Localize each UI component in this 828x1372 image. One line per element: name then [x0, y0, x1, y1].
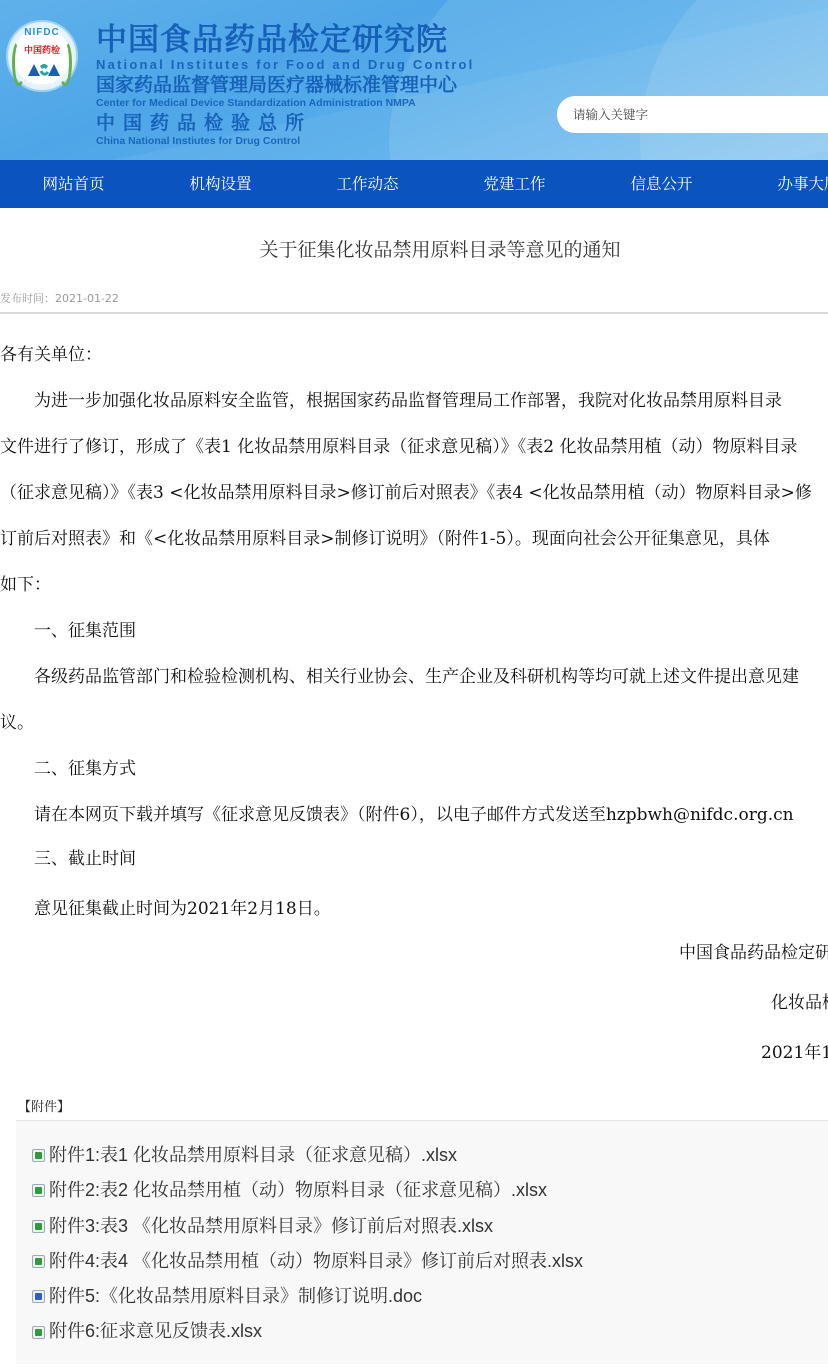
excel-file-icon: [32, 1149, 45, 1162]
site-subtitle-en: Center for Medical Device Standardizatio…: [96, 97, 474, 109]
site-title-en: National Institutes for Food and Drug Co…: [96, 58, 474, 72]
body-line: （征求意见稿）》《表3 <化妆品禁用原料目录>修订前后对照表》《表4 <化妆品禁…: [0, 470, 828, 516]
scale-icon: [26, 60, 62, 78]
section-heading: 一、征集范围: [0, 608, 828, 654]
nav-item-service-hall[interactable]: 办事大厅: [735, 160, 828, 208]
nav-item-organization[interactable]: 机构设置: [147, 160, 294, 208]
body-line: 意见征集截止时间为2021年2月18日。: [0, 886, 828, 932]
excel-file-icon: [32, 1326, 45, 1339]
body-line: 各级药品监管部门和检验检测机构、相关行业协会、生产企业及科研机构等均可就上述文件…: [0, 654, 828, 700]
salutation: 各有关单位：: [0, 332, 828, 378]
excel-file-icon: [32, 1255, 45, 1268]
main-nav: 网站首页 机构设置 工作动态 党建工作 信息公开 办事大厅: [0, 160, 828, 208]
body-line: 请在本网页下载并填写《征求意见反馈表》（附件6），以电子邮件方式发送至hzpbw…: [0, 792, 828, 836]
site-third-en: China National Instiutes for Drug Contro…: [96, 135, 474, 147]
nav-item-work-news[interactable]: 工作动态: [294, 160, 441, 208]
site-title-block: 中国食品药品检定研究院 National Institutes for Food…: [96, 22, 474, 147]
attachment-link[interactable]: 附件4:表4 《化妆品禁用植（动）物原料目录》修订前后对照表.xlsx: [32, 1244, 583, 1279]
search-input[interactable]: [573, 107, 828, 122]
attachment-link[interactable]: 附件1:表1 化妆品禁用原料目录（征求意见稿）.xlsx: [32, 1138, 583, 1173]
body-line: 如下：: [0, 562, 828, 608]
body-line: 订前后对照表》和《<化妆品禁用原料目录>制修订说明》（附件1-5）。现面向社会公…: [0, 516, 828, 562]
body-line: 为进一步加强化妆品原料安全监管，根据国家药品监督管理局工作部署，我院对化妆品禁用…: [0, 378, 828, 424]
body-line: 文件进行了修订，形成了《表1 化妆品禁用原料目录（征求意见稿）》《表2 化妆品禁…: [0, 424, 828, 470]
search-box[interactable]: [557, 96, 828, 133]
site-subtitle-cn: 国家药品监督管理局医疗器械标准管理中心: [96, 73, 474, 97]
attachment-link[interactable]: 附件2:表2 化妆品禁用植（动）物原料目录（征求意见稿）.xlsx: [32, 1173, 583, 1208]
attachment-name[interactable]: 附件3:表3 《化妆品禁用原料目录》修订前后对照表.xlsx: [49, 1209, 493, 1244]
attachments-list: 附件1:表1 化妆品禁用原料目录（征求意见稿）.xlsx 附件2:表2 化妆品禁…: [32, 1138, 583, 1350]
header-banner: NIFDC 中国药检 中国食品药品检定研究院 National Institut…: [0, 0, 828, 160]
attachment-link[interactable]: 附件3:表3 《化妆品禁用原料目录》修订前后对照表.xlsx: [32, 1209, 583, 1244]
nav-item-home[interactable]: 网站首页: [0, 160, 147, 208]
excel-file-icon: [32, 1220, 45, 1233]
excel-file-icon: [32, 1184, 45, 1197]
attachment-name[interactable]: 附件1:表1 化妆品禁用原料目录（征求意见稿）.xlsx: [49, 1138, 457, 1173]
word-file-icon: [32, 1290, 45, 1303]
nav-item-party-building[interactable]: 党建工作: [441, 160, 588, 208]
logo-cn-text: 中国药检: [8, 43, 76, 56]
nav-item-info-disclosure[interactable]: 信息公开: [588, 160, 735, 208]
signature-org: 中国食品药品检定研究院: [679, 938, 828, 963]
attachment-link[interactable]: 附件6:征求意见反馈表.xlsx: [32, 1314, 583, 1349]
article-title: 关于征集化妆品禁用原料目录等意见的通知: [0, 236, 828, 264]
logo-top-text: NIFDC: [8, 27, 76, 38]
attachment-name[interactable]: 附件4:表4 《化妆品禁用植（动）物原料目录》修订前后对照表.xlsx: [49, 1244, 583, 1279]
attachment-link[interactable]: 附件5:《化妆品禁用原料目录》制修订说明.doc: [32, 1279, 583, 1314]
divider: [0, 312, 828, 314]
section-heading: 三、截止时间: [0, 836, 828, 886]
signature-date: 2021年1月22日: [761, 1038, 828, 1063]
nifdc-logo[interactable]: NIFDC 中国药检: [6, 20, 78, 92]
site-title-cn: 中国食品药品检定研究院: [96, 22, 474, 58]
site-third-cn: 中国药品检验总所: [96, 111, 474, 135]
attachment-name[interactable]: 附件6:征求意见反馈表.xlsx: [49, 1314, 262, 1349]
attachment-name[interactable]: 附件2:表2 化妆品禁用植（动）物原料目录（征求意见稿）.xlsx: [49, 1173, 547, 1208]
publish-date: 发布时间：2021-01-22: [0, 290, 119, 306]
attachment-name[interactable]: 附件5:《化妆品禁用原料目录》制修订说明.doc: [49, 1279, 422, 1314]
signature-dept: 化妆品检定所: [771, 988, 828, 1013]
body-line: 议。: [0, 700, 828, 746]
section-heading: 二、征集方式: [0, 746, 828, 792]
article-body: 各有关单位： 为进一步加强化妆品原料安全监管，根据国家药品监督管理局工作部署，我…: [0, 332, 828, 932]
attachments-label: 【附件】: [18, 1096, 70, 1115]
